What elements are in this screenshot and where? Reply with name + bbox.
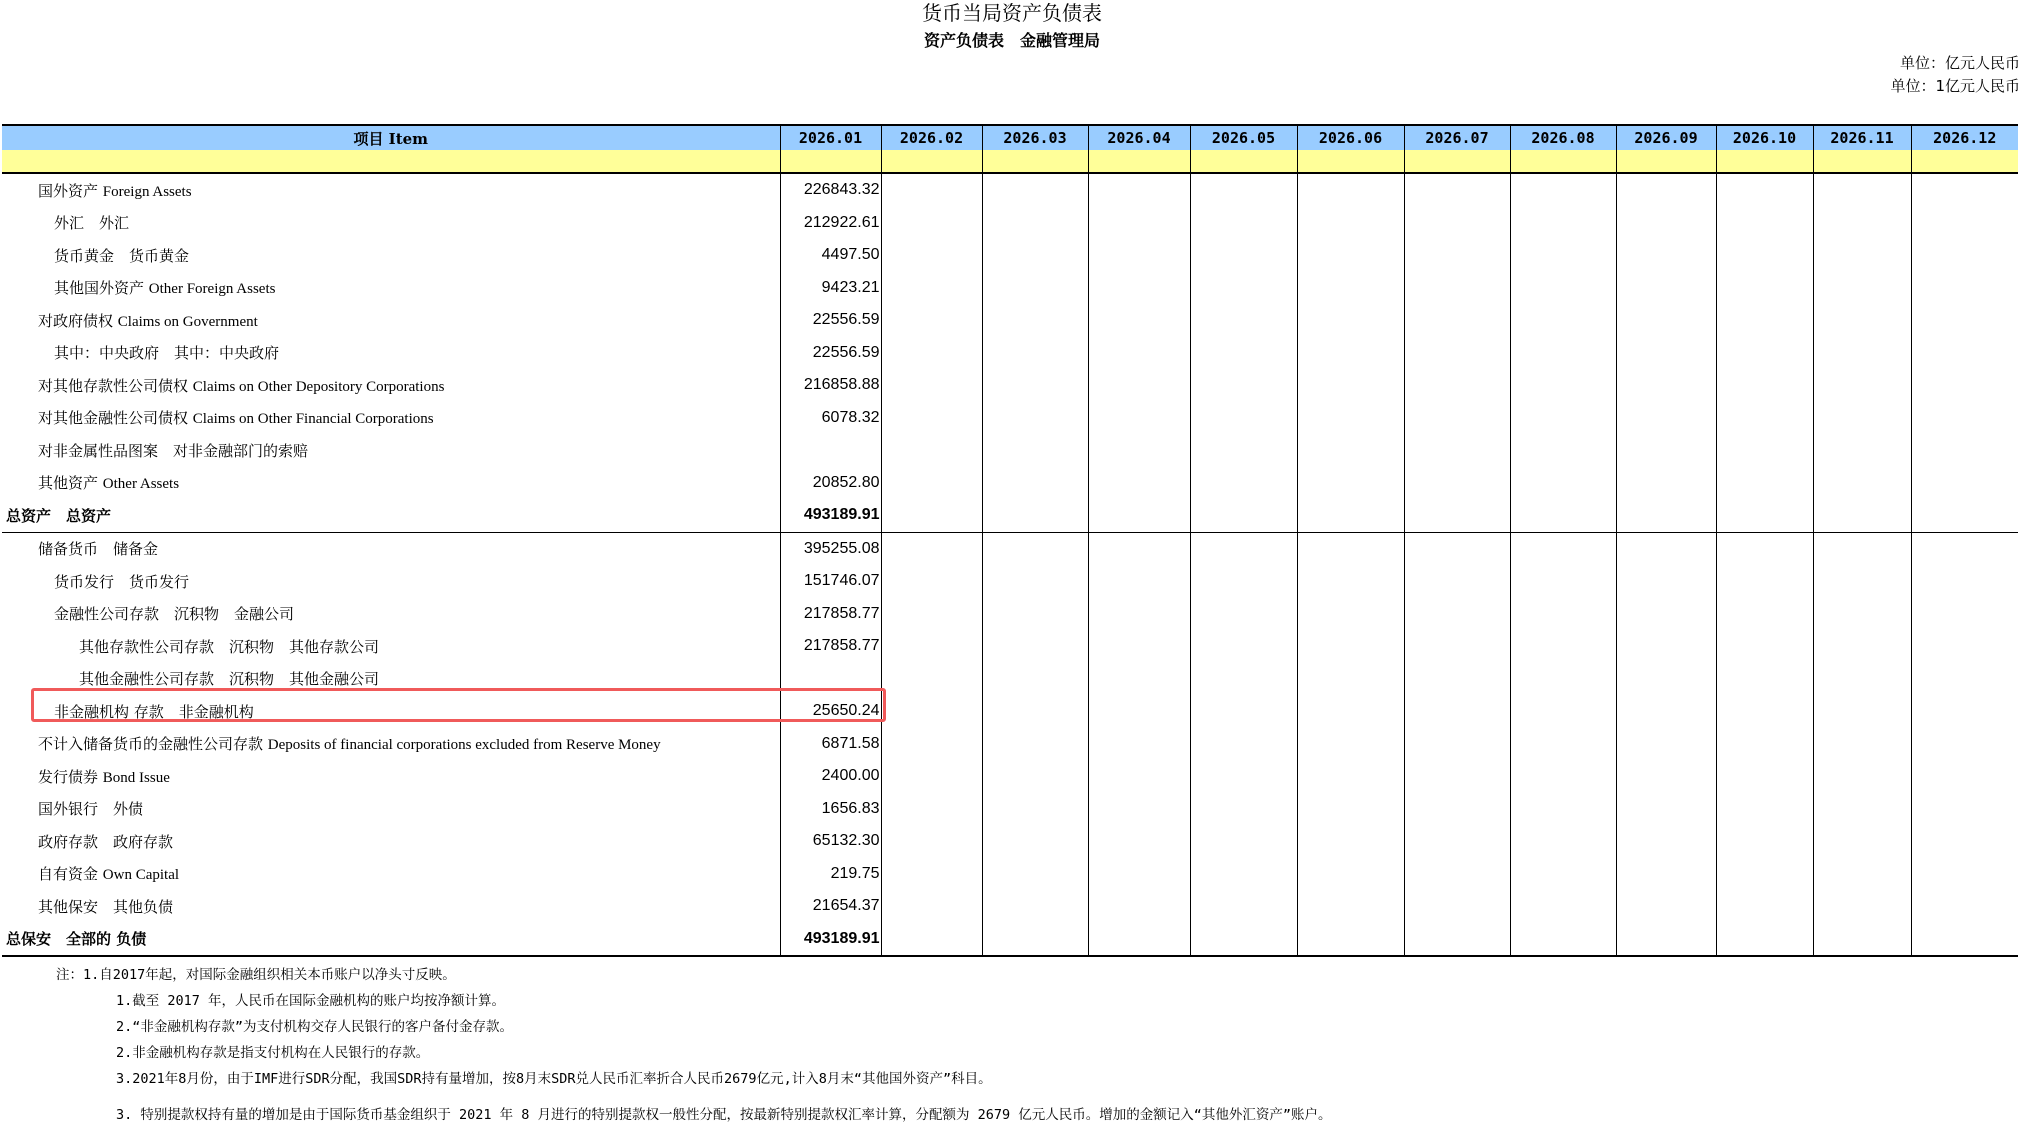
table-body: 国外资产 Foreign Assets226843.32外汇 外汇212922.…: [2, 173, 2018, 956]
row-label-zh: 对其他存款性公司债权: [38, 377, 188, 395]
cell-value: [982, 663, 1088, 696]
cell-value: [1510, 532, 1616, 565]
cell-value: [1190, 598, 1297, 631]
balance-sheet-table: 项目 Item 2026.012026.022026.032026.042026…: [2, 124, 2018, 957]
cell-value: [1297, 402, 1404, 435]
cell-value: [1404, 890, 1510, 923]
cell-value: [1911, 272, 2018, 305]
cell-value: [1404, 793, 1510, 826]
cell-value: [881, 760, 982, 793]
cell-value: [1813, 565, 1911, 598]
row-label: 其他金融性公司存款 沉积物 其他金融公司: [2, 663, 780, 696]
cell-value: [1813, 760, 1911, 793]
cell-value: [1297, 532, 1404, 565]
cell-value: [1616, 695, 1716, 728]
cell-value: [1813, 272, 1911, 305]
column-header-month: 2026.05: [1190, 125, 1297, 150]
cell-value: [1510, 890, 1616, 923]
row-label-zh: 其他金融性公司存款 沉积物 其他金融公司: [79, 670, 379, 688]
cell-value: [881, 630, 982, 663]
cell-value: [1404, 369, 1510, 402]
cell-value: [1297, 728, 1404, 761]
cell-value: [1616, 598, 1716, 631]
cell-value: [1510, 565, 1616, 598]
cell-value: [1813, 890, 1911, 923]
cell-value: [1297, 337, 1404, 370]
cell-value: 1656.83: [780, 793, 881, 826]
cell-value: [1297, 173, 1404, 207]
cell-value: [881, 434, 982, 467]
cell-value: [982, 890, 1088, 923]
cell-value: [982, 630, 1088, 663]
row-label-zh: 国外银行 外债: [38, 800, 143, 818]
cell-value: [1404, 565, 1510, 598]
column-header-row: 项目 Item 2026.012026.022026.032026.042026…: [2, 125, 2018, 150]
table-row: 对其他金融性公司债权 Claims on Other Financial Cor…: [2, 402, 2018, 435]
cell-value: [982, 598, 1088, 631]
cell-value: [1190, 434, 1297, 467]
cell-value: [1088, 890, 1190, 923]
cell-value: [1911, 598, 2018, 631]
cell-value: [1510, 467, 1616, 500]
cell-value: [1088, 532, 1190, 565]
cell-value: 217858.77: [780, 630, 881, 663]
row-label: 国外资产 Foreign Assets: [2, 173, 780, 207]
cell-value: [881, 304, 982, 337]
cell-value: [1404, 728, 1510, 761]
cell-value: [1716, 695, 1813, 728]
column-header-month: 2026.04: [1088, 125, 1190, 150]
table-row: 发行债券 Bond Issue2400.00: [2, 760, 2018, 793]
table-row: 其他金融性公司存款 沉积物 其他金融公司: [2, 663, 2018, 696]
cell-value: [1716, 630, 1813, 663]
cell-value: [1716, 532, 1813, 565]
cell-value: [1813, 369, 1911, 402]
cell-value: [982, 272, 1088, 305]
cell-value: [1190, 825, 1297, 858]
cell-value: [982, 369, 1088, 402]
cell-value: [1911, 923, 2018, 957]
cell-value: [1404, 825, 1510, 858]
cell-value: 493189.91: [780, 923, 881, 957]
footnote: 3. 特别提款权持有量的增加是由于国际货币基金组织于 2021 年 8 月进行的…: [116, 1103, 1332, 1123]
cell-value: [881, 173, 982, 207]
cell-value: [1911, 402, 2018, 435]
cell-value: [1616, 272, 1716, 305]
cell-value: [1190, 207, 1297, 240]
cell-value: [1716, 434, 1813, 467]
cell-value: [1716, 402, 1813, 435]
cell-value: [1190, 760, 1297, 793]
row-label-zh: 货币发行 货币发行: [54, 573, 189, 591]
row-label: 对政府债权 Claims on Government: [2, 304, 780, 337]
cell-value: [1911, 630, 2018, 663]
cell-value: [1616, 369, 1716, 402]
row-label: 政府存款 政府存款: [2, 825, 780, 858]
cell-value: [1813, 825, 1911, 858]
table-row: 对非金属性品图案 对非金融部门的索赔: [2, 434, 2018, 467]
cell-value: [780, 663, 881, 696]
cell-value: [1404, 923, 1510, 957]
column-header-month: 2026.09: [1616, 125, 1716, 150]
cell-value: [1297, 369, 1404, 402]
cell-value: [881, 598, 982, 631]
table-row: 总保安 全部的 负债493189.91: [2, 923, 2018, 957]
cell-value: [1190, 728, 1297, 761]
cell-value: 2400.00: [780, 760, 881, 793]
cell-value: [1297, 272, 1404, 305]
cell-value: [1404, 272, 1510, 305]
cell-value: [1813, 598, 1911, 631]
row-label-zh: 总资产 总资产: [6, 507, 111, 525]
cell-value: [1616, 793, 1716, 826]
cell-value: [1404, 663, 1510, 696]
footnote: 2.非金融机构存款是指支付机构在人民银行的存款。: [116, 1041, 429, 1061]
table-row: 储备货币 储备金395255.08: [2, 532, 2018, 565]
row-label-zh: 外汇 外汇: [54, 214, 129, 232]
table-row: 自有资金 Own Capital219.75: [2, 858, 2018, 891]
cell-value: [1510, 728, 1616, 761]
cell-value: [982, 532, 1088, 565]
cell-value: [982, 760, 1088, 793]
cell-value: [1088, 272, 1190, 305]
footnote: 1.截至 2017 年，人民币在国际金融机构的账户均按净额计算。: [116, 989, 505, 1009]
cell-value: [1616, 467, 1716, 500]
cell-value: [1616, 434, 1716, 467]
page-subtitle: 资产负债表 金融管理局: [0, 30, 2024, 52]
cell-value: [1088, 402, 1190, 435]
cell-value: [881, 825, 982, 858]
cell-value: [1297, 760, 1404, 793]
cell-value: [1510, 434, 1616, 467]
row-label: 对其他存款性公司债权 Claims on Other Depository Co…: [2, 369, 780, 402]
page-title: 货币当局资产负债表: [0, 0, 2024, 26]
cell-value: [1813, 434, 1911, 467]
cell-value: [1404, 499, 1510, 532]
cell-value: [1297, 630, 1404, 663]
cell-value: [881, 728, 982, 761]
cell-value: [1404, 598, 1510, 631]
cell-value: [982, 467, 1088, 500]
cell-value: [780, 434, 881, 467]
cell-value: [881, 858, 982, 891]
cell-value: [1510, 793, 1616, 826]
cell-value: [1404, 760, 1510, 793]
cell-value: [1297, 565, 1404, 598]
table-row: 国外银行 外债1656.83: [2, 793, 2018, 826]
footnote: 2.“非金融机构存款”为支付机构交存人民银行的客户备付金存款。: [116, 1015, 513, 1035]
cell-value: [982, 207, 1088, 240]
cell-value: 4497.50: [780, 239, 881, 272]
cell-value: [1088, 207, 1190, 240]
row-label: 对其他金融性公司债权 Claims on Other Financial Cor…: [2, 402, 780, 435]
cell-value: [1404, 434, 1510, 467]
row-label-en: Other Assets: [103, 476, 179, 492]
row-label-zh: 自有资金: [38, 865, 98, 883]
cell-value: [1297, 239, 1404, 272]
cell-value: [1510, 369, 1616, 402]
cell-value: [1911, 369, 2018, 402]
cell-value: [1716, 760, 1813, 793]
table-row: 不计入储备货币的金融性公司存款 Deposits of financial co…: [2, 728, 2018, 761]
cell-value: [1088, 793, 1190, 826]
cell-value: [1510, 239, 1616, 272]
cell-value: [1510, 598, 1616, 631]
cell-value: [1813, 858, 1911, 891]
cell-value: [881, 793, 982, 826]
cell-value: [1716, 304, 1813, 337]
row-label: 总保安 全部的 负债: [2, 923, 780, 957]
cell-value: [1510, 499, 1616, 532]
cell-value: [1404, 858, 1510, 891]
cell-value: [1190, 499, 1297, 532]
cell-value: [1716, 858, 1813, 891]
cell-value: [1911, 663, 2018, 696]
cell-value: [1716, 207, 1813, 240]
table-row-highlighted: 非金融机构 存款 非金融机构25650.24: [2, 695, 2018, 728]
cell-value: [1616, 499, 1716, 532]
cell-value: [1088, 858, 1190, 891]
cell-value: [1716, 499, 1813, 532]
table-row: 其他资产 Other Assets20852.80: [2, 467, 2018, 500]
cell-value: [881, 239, 982, 272]
cell-value: [1911, 760, 2018, 793]
row-label: 其他资产 Other Assets: [2, 467, 780, 500]
cell-value: [1616, 173, 1716, 207]
cell-value: [1813, 695, 1911, 728]
row-label: 外汇 外汇: [2, 207, 780, 240]
cell-value: [881, 565, 982, 598]
row-label-en: Other Foreign Assets: [149, 281, 276, 297]
cell-value: [1616, 304, 1716, 337]
cell-value: [1088, 337, 1190, 370]
cell-value: 151746.07: [780, 565, 881, 598]
cell-value: [1716, 239, 1813, 272]
cell-value: [1911, 565, 2018, 598]
cell-value: [982, 239, 1088, 272]
row-label: 对非金属性品图案 对非金融部门的索赔: [2, 434, 780, 467]
cell-value: [1190, 663, 1297, 696]
cell-value: [1911, 890, 2018, 923]
cell-value: [1616, 565, 1716, 598]
cell-value: [1616, 923, 1716, 957]
cell-value: [1510, 858, 1616, 891]
table-row: 对其他存款性公司债权 Claims on Other Depository Co…: [2, 369, 2018, 402]
cell-value: [1616, 630, 1716, 663]
column-header-month: 2026.11: [1813, 125, 1911, 150]
table-row: 其中：中央政府 其中：中央政府22556.59: [2, 337, 2018, 370]
cell-value: 9423.21: [780, 272, 881, 305]
cell-value: 493189.91: [780, 499, 881, 532]
table-row: 其他存款性公司存款 沉积物 其他存款公司217858.77: [2, 630, 2018, 663]
cell-value: [982, 173, 1088, 207]
unit-label-alt: 单位：1亿元人民币: [1890, 76, 2020, 96]
row-label: 货币黄金 货币黄金: [2, 239, 780, 272]
footnote: 3.2021年8月份，由于IMF进行SDR分配，我国SDR持有量增加，按8月末S…: [116, 1067, 992, 1087]
cell-value: [881, 402, 982, 435]
cell-value: [1088, 565, 1190, 598]
cell-value: [1088, 434, 1190, 467]
table-row: 对政府债权 Claims on Government22556.59: [2, 304, 2018, 337]
cell-value: [1813, 207, 1911, 240]
cell-value: [1911, 695, 2018, 728]
cell-value: [1404, 467, 1510, 500]
cell-value: [1911, 337, 2018, 370]
cell-value: [1190, 890, 1297, 923]
row-label-en: Claims on Other Depository Corporations: [193, 379, 445, 395]
cell-value: [1911, 239, 2018, 272]
row-label-en: Deposits of financial corporations exclu…: [268, 737, 661, 753]
cell-value: [1911, 728, 2018, 761]
cell-value: [1716, 663, 1813, 696]
cell-value: [1190, 923, 1297, 957]
cell-value: [1404, 304, 1510, 337]
table-row: 总资产 总资产493189.91: [2, 499, 2018, 532]
cell-value: [1510, 337, 1616, 370]
cell-value: [1911, 434, 2018, 467]
cell-value: [1716, 467, 1813, 500]
column-header-month: 2026.01: [780, 125, 881, 150]
cell-value: [1190, 337, 1297, 370]
cell-value: [982, 825, 1088, 858]
cell-value: [1297, 890, 1404, 923]
row-label: 发行债券 Bond Issue: [2, 760, 780, 793]
cell-value: [1716, 337, 1813, 370]
cell-value: [1297, 695, 1404, 728]
cell-value: [1616, 207, 1716, 240]
cell-value: [1190, 467, 1297, 500]
column-header-item: 项目 Item: [2, 125, 780, 150]
row-label-zh: 发行债券: [38, 768, 98, 786]
cell-value: [1088, 825, 1190, 858]
cell-value: [881, 663, 982, 696]
table-row: 其他保安 其他负债21654.37: [2, 890, 2018, 923]
cell-value: 219.75: [780, 858, 881, 891]
cell-value: [1510, 923, 1616, 957]
cell-value: [1404, 532, 1510, 565]
cell-value: [1510, 825, 1616, 858]
row-label-zh: 非金融机构 存款 非金融机构: [54, 703, 254, 721]
cell-value: [1088, 173, 1190, 207]
cell-value: [1911, 793, 2018, 826]
cell-value: 6871.58: [780, 728, 881, 761]
cell-value: [1616, 890, 1716, 923]
cell-value: 226843.32: [780, 173, 881, 207]
cell-value: 65132.30: [780, 825, 881, 858]
column-header-month: 2026.06: [1297, 125, 1404, 150]
cell-value: [1510, 663, 1616, 696]
cell-value: [1297, 923, 1404, 957]
column-header-month: 2026.02: [881, 125, 982, 150]
cell-value: [1297, 793, 1404, 826]
cell-value: [1190, 532, 1297, 565]
cell-value: [1616, 402, 1716, 435]
cell-value: [1813, 304, 1911, 337]
unit-label: 单位：亿元人民币: [1900, 53, 2020, 73]
cell-value: [1510, 402, 1616, 435]
cell-value: 212922.61: [780, 207, 881, 240]
row-label-en: Own Capital: [103, 867, 179, 883]
cell-value: 22556.59: [780, 337, 881, 370]
cell-value: [881, 337, 982, 370]
footnote: 注：1.自2017年起，对国际金融组织相关本币账户以净头寸反映。: [56, 963, 456, 983]
cell-value: [1088, 630, 1190, 663]
cell-value: [1190, 695, 1297, 728]
row-label-zh: 其他保安 其他负债: [38, 898, 173, 916]
row-label: 其中：中央政府 其中：中央政府: [2, 337, 780, 370]
cell-value: [1190, 173, 1297, 207]
cell-value: [881, 467, 982, 500]
cell-value: [982, 402, 1088, 435]
row-label-zh: 其他资产: [38, 474, 98, 492]
cell-value: [1088, 467, 1190, 500]
cell-value: [1190, 858, 1297, 891]
cell-value: 25650.24: [780, 695, 881, 728]
row-label-en: Bond Issue: [103, 770, 170, 786]
cell-value: [1297, 207, 1404, 240]
table-row: 政府存款 政府存款65132.30: [2, 825, 2018, 858]
row-label-zh: 对非金属性品图案 对非金融部门的索赔: [38, 442, 308, 460]
cell-value: [1716, 173, 1813, 207]
cell-value: [1716, 369, 1813, 402]
cell-value: [1088, 695, 1190, 728]
cell-value: 216858.88: [780, 369, 881, 402]
cell-value: [1813, 499, 1911, 532]
row-label: 金融性公司存款 沉积物 金融公司: [2, 598, 780, 631]
cell-value: [1616, 239, 1716, 272]
cell-value: [1297, 499, 1404, 532]
row-label: 其他存款性公司存款 沉积物 其他存款公司: [2, 630, 780, 663]
cell-value: [1088, 760, 1190, 793]
cell-value: [1088, 499, 1190, 532]
row-label-en: Claims on Other Financial Corporations: [193, 411, 434, 427]
row-label: 不计入储备货币的金融性公司存款 Deposits of financial co…: [2, 728, 780, 761]
cell-value: [1088, 598, 1190, 631]
page-header: 货币当局资产负债表 资产负债表 金融管理局: [0, 0, 2024, 52]
cell-value: [1404, 630, 1510, 663]
cell-value: [1088, 923, 1190, 957]
cell-value: [1911, 499, 2018, 532]
table-row: 其他国外资产 Other Foreign Assets9423.21: [2, 272, 2018, 305]
cell-value: [1510, 760, 1616, 793]
row-label: 货币发行 货币发行: [2, 565, 780, 598]
cell-value: [881, 695, 982, 728]
cell-value: [1716, 272, 1813, 305]
cell-value: [1510, 695, 1616, 728]
cell-value: [1510, 630, 1616, 663]
cell-value: [1813, 467, 1911, 500]
table-row: 货币黄金 货币黄金4497.50: [2, 239, 2018, 272]
row-label: 其他国外资产 Other Foreign Assets: [2, 272, 780, 305]
cell-value: [1616, 337, 1716, 370]
row-label-zh: 对其他金融性公司债权: [38, 409, 188, 427]
cell-value: [982, 728, 1088, 761]
cell-value: [881, 369, 982, 402]
row-label: 非金融机构 存款 非金融机构: [2, 695, 780, 728]
cell-value: [1716, 728, 1813, 761]
cell-value: [1813, 173, 1911, 207]
cell-value: [982, 793, 1088, 826]
row-label-zh: 不计入储备货币的金融性公司存款: [38, 735, 263, 753]
cell-value: [1813, 793, 1911, 826]
row-label-zh: 货币黄金 货币黄金: [54, 247, 189, 265]
cell-value: [1510, 272, 1616, 305]
cell-value: [1088, 728, 1190, 761]
cell-value: [1297, 858, 1404, 891]
row-label: 自有资金 Own Capital: [2, 858, 780, 891]
cell-value: [982, 695, 1088, 728]
cell-value: [1716, 565, 1813, 598]
